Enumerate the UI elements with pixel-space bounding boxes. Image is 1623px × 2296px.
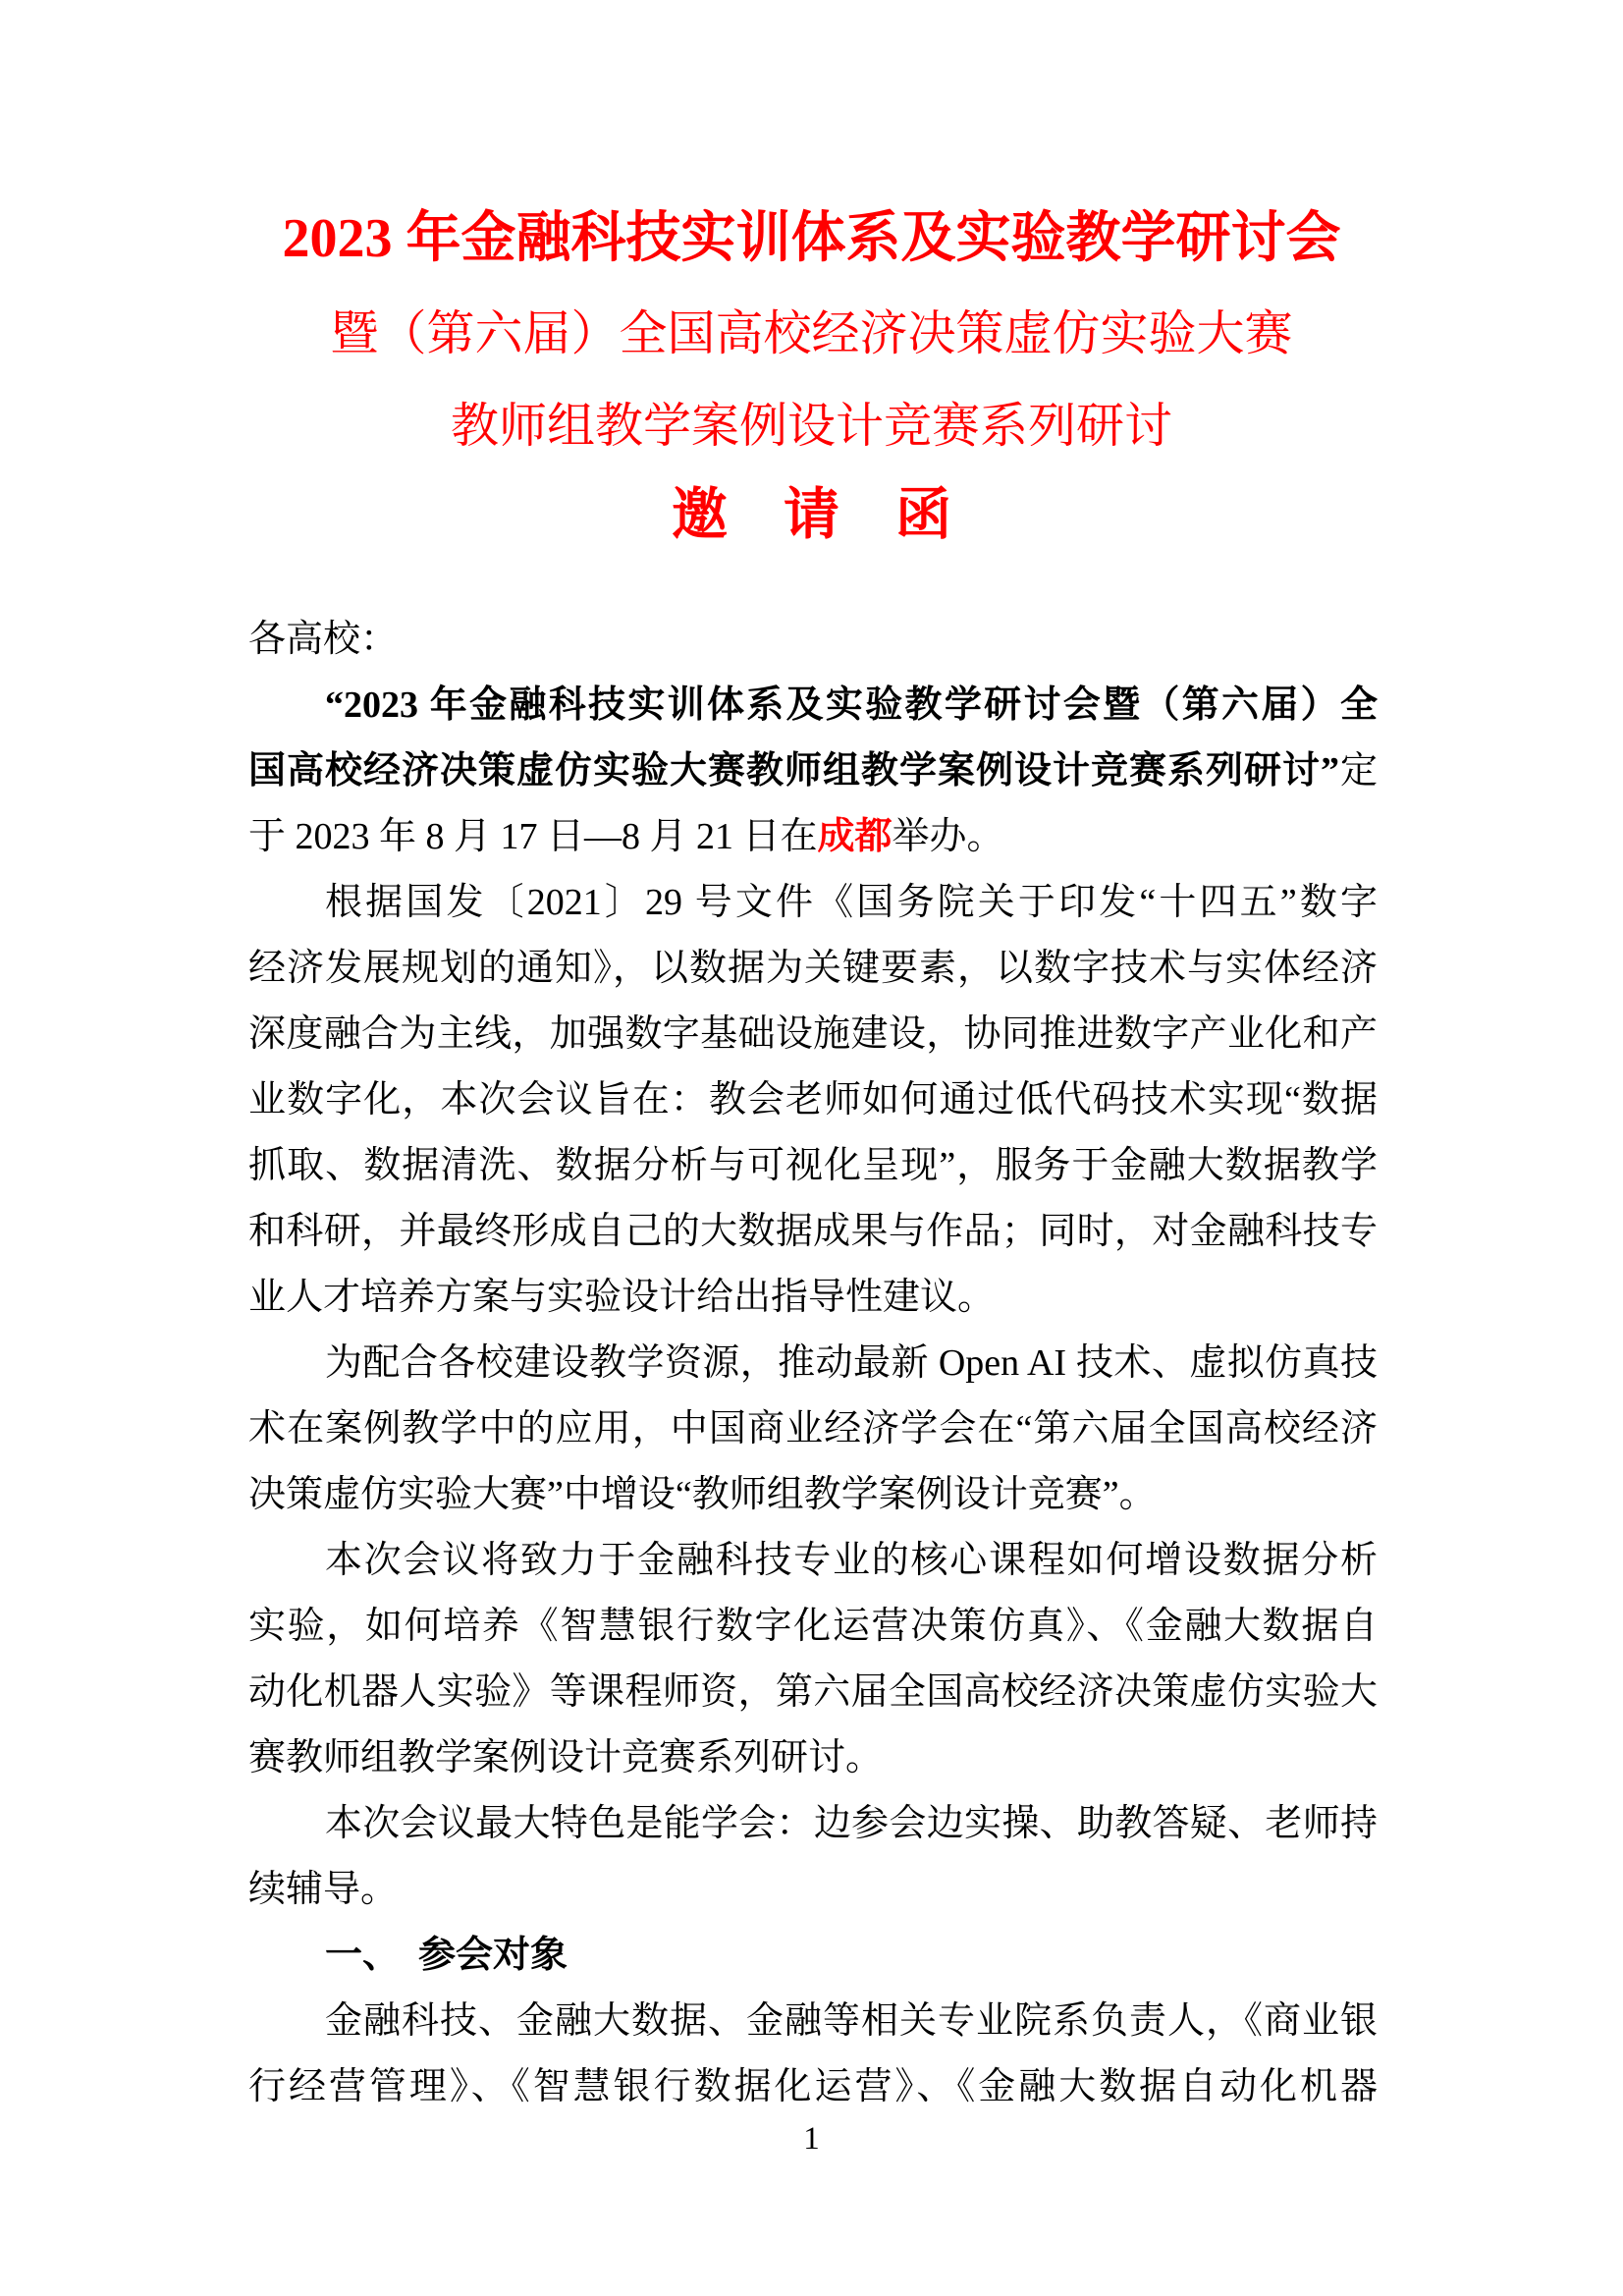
text-segment: 赛教师组教学案例设计竞赛系列研讨。 [248,1737,883,1778]
body-line: 动化机器人实验》等课程师资，第六届全国高校经济决策虚仿实验大 [248,1660,1378,1725]
body-line: 业数字化，本次会议旨在：教会老师如何通过低代码技术实现“数据 [248,1067,1378,1133]
text-segment: 经济发展规划的通知》，以数据为关键要素，以数字技术与实体经济 [248,948,1378,989]
text-segment: 行经营管理》、《智慧银行数据化运营》、《金融大数据自动化机器 [248,2066,1378,2107]
body-line: 各高校： [248,607,1378,673]
document-title-line-3: 教师组教学案例设计竞赛系列研讨 [0,388,1623,457]
text-segment: 为配合各校建设教学资源，推动最新 Open AI 技术、虚拟仿真技 [325,1342,1378,1384]
document-page: 2023 年金融科技实训体系及实验教学研讨会 暨（第六届）全国高校经济决策虚仿实… [0,0,1623,2296]
body-line: 续辅导。 [248,1857,1378,1923]
body-line: 深度融合为主线，加强数字基础设施建设，协同推进数字产业化和产 [248,1002,1378,1067]
body-line: 行经营管理》、《智慧银行数据化运营》、《金融大数据自动化机器 [248,2054,1378,2120]
body-line: 金融科技、金融大数据、金融等相关专业院系负责人，《商业银 [248,1989,1378,2054]
text-segment: 和科研，并最终形成自己的大数据成果与作品；同时，对金融科技专 [248,1211,1378,1252]
document-body: 各高校：“2023 年金融科技实训体系及实验教学研讨会暨（第六届）全国高校经济决… [248,607,1378,2120]
document-title-line-2: 暨（第六届）全国高校经济决策虚仿实验大赛 [0,296,1623,364]
text-segment: 本次会议将致力于金融科技专业的核心课程如何增设数据分析 [325,1540,1378,1581]
body-line: 一、 参会对象 [248,1923,1378,1989]
body-line: 于 2023 年 8 月 17 日—8 月 21 日在成都举办。 [248,804,1378,870]
body-line: 国高校经济决策虚仿实验大赛教师组教学案例设计竞赛系列研讨”定 [248,738,1378,804]
text-segment: 业人才培养方案与实验设计给出指导性建议。 [248,1277,995,1318]
text-segment: 业数字化，本次会议旨在：教会老师如何通过低代码技术实现“数据 [248,1079,1378,1121]
text-segment: 实验，如何培养《智慧银行数字化运营决策仿真》、《金融大数据自 [248,1606,1378,1647]
text-segment: 动化机器人实验》等课程师资，第六届全国高校经济决策虚仿实验大 [248,1671,1378,1713]
text-segment: 金融科技、金融大数据、金融等相关专业院系负责人，《商业银 [325,2000,1378,2042]
text-segment: 深度融合为主线，加强数字基础设施建设，协同推进数字产业化和产 [248,1013,1378,1055]
body-line: 术在案例教学中的应用，中国商业经济学会在“第六届全国高校经济 [248,1396,1378,1462]
text-segment: 续辅导。 [248,1869,398,1910]
text-segment: 术在案例教学中的应用，中国商业经济学会在“第六届全国高校经济 [248,1408,1378,1449]
text-segment: 抓取、数据清洗、数据分析与可视化呈现”，服务于金融大数据教学 [248,1145,1378,1186]
text-segment: 举办。 [893,816,1004,857]
body-line: 决策虚仿实验大赛”中增设“教师组教学案例设计竞赛”。 [248,1462,1378,1528]
body-line: 和科研，并最终形成自己的大数据成果与作品；同时，对金融科技专 [248,1199,1378,1265]
body-line: 实验，如何培养《智慧银行数字化运营决策仿真》、《金融大数据自 [248,1594,1378,1660]
invitation-heading: 邀 请 函 [0,469,1623,550]
body-line: 业人才培养方案与实验设计给出指导性建议。 [248,1265,1378,1331]
body-line: 抓取、数据清洗、数据分析与可视化呈现”，服务于金融大数据教学 [248,1133,1378,1199]
text-segment: 国高校经济决策虚仿实验大赛教师组教学案例设计竞赛系列研讨” [248,750,1339,792]
text-segment: 根据国发〔2021〕29 号文件《国务院关于印发“十四五”数字 [325,882,1378,923]
text-segment: 本次会议最大特色是能学会：边参会边实操、助教答疑、老师持 [325,1803,1378,1844]
text-segment: 一、 参会对象 [325,1935,568,1976]
body-line: 本次会议最大特色是能学会：边参会边实操、助教答疑、老师持 [248,1791,1378,1857]
text-segment: 于 2023 年 8 月 17 日—8 月 21 日在 [248,816,818,857]
text-segment: 决策虚仿实验大赛”中增设“教师组教学案例设计竞赛”。 [248,1474,1157,1515]
body-line: 赛教师组教学案例设计竞赛系列研讨。 [248,1725,1378,1791]
body-line: “2023 年金融科技实训体系及实验教学研讨会暨（第六届）全 [248,673,1378,738]
highlight-text: 成都 [818,816,893,857]
body-line: 根据国发〔2021〕29 号文件《国务院关于印发“十四五”数字 [248,870,1378,936]
text-segment: 定 [1339,750,1378,792]
body-line: 为配合各校建设教学资源，推动最新 Open AI 技术、虚拟仿真技 [248,1331,1378,1396]
body-line: 本次会议将致力于金融科技专业的核心课程如何增设数据分析 [248,1528,1378,1594]
document-title-line-1: 2023 年金融科技实训体系及实验教学研讨会 [0,194,1623,273]
body-line: 经济发展规划的通知》，以数据为关键要素，以数字技术与实体经济 [248,936,1378,1002]
text-segment: 各高校： [248,619,398,660]
page-number: 1 [0,2121,1623,2158]
text-segment: “2023 年金融科技实训体系及实验教学研讨会暨（第六届）全 [325,684,1378,726]
